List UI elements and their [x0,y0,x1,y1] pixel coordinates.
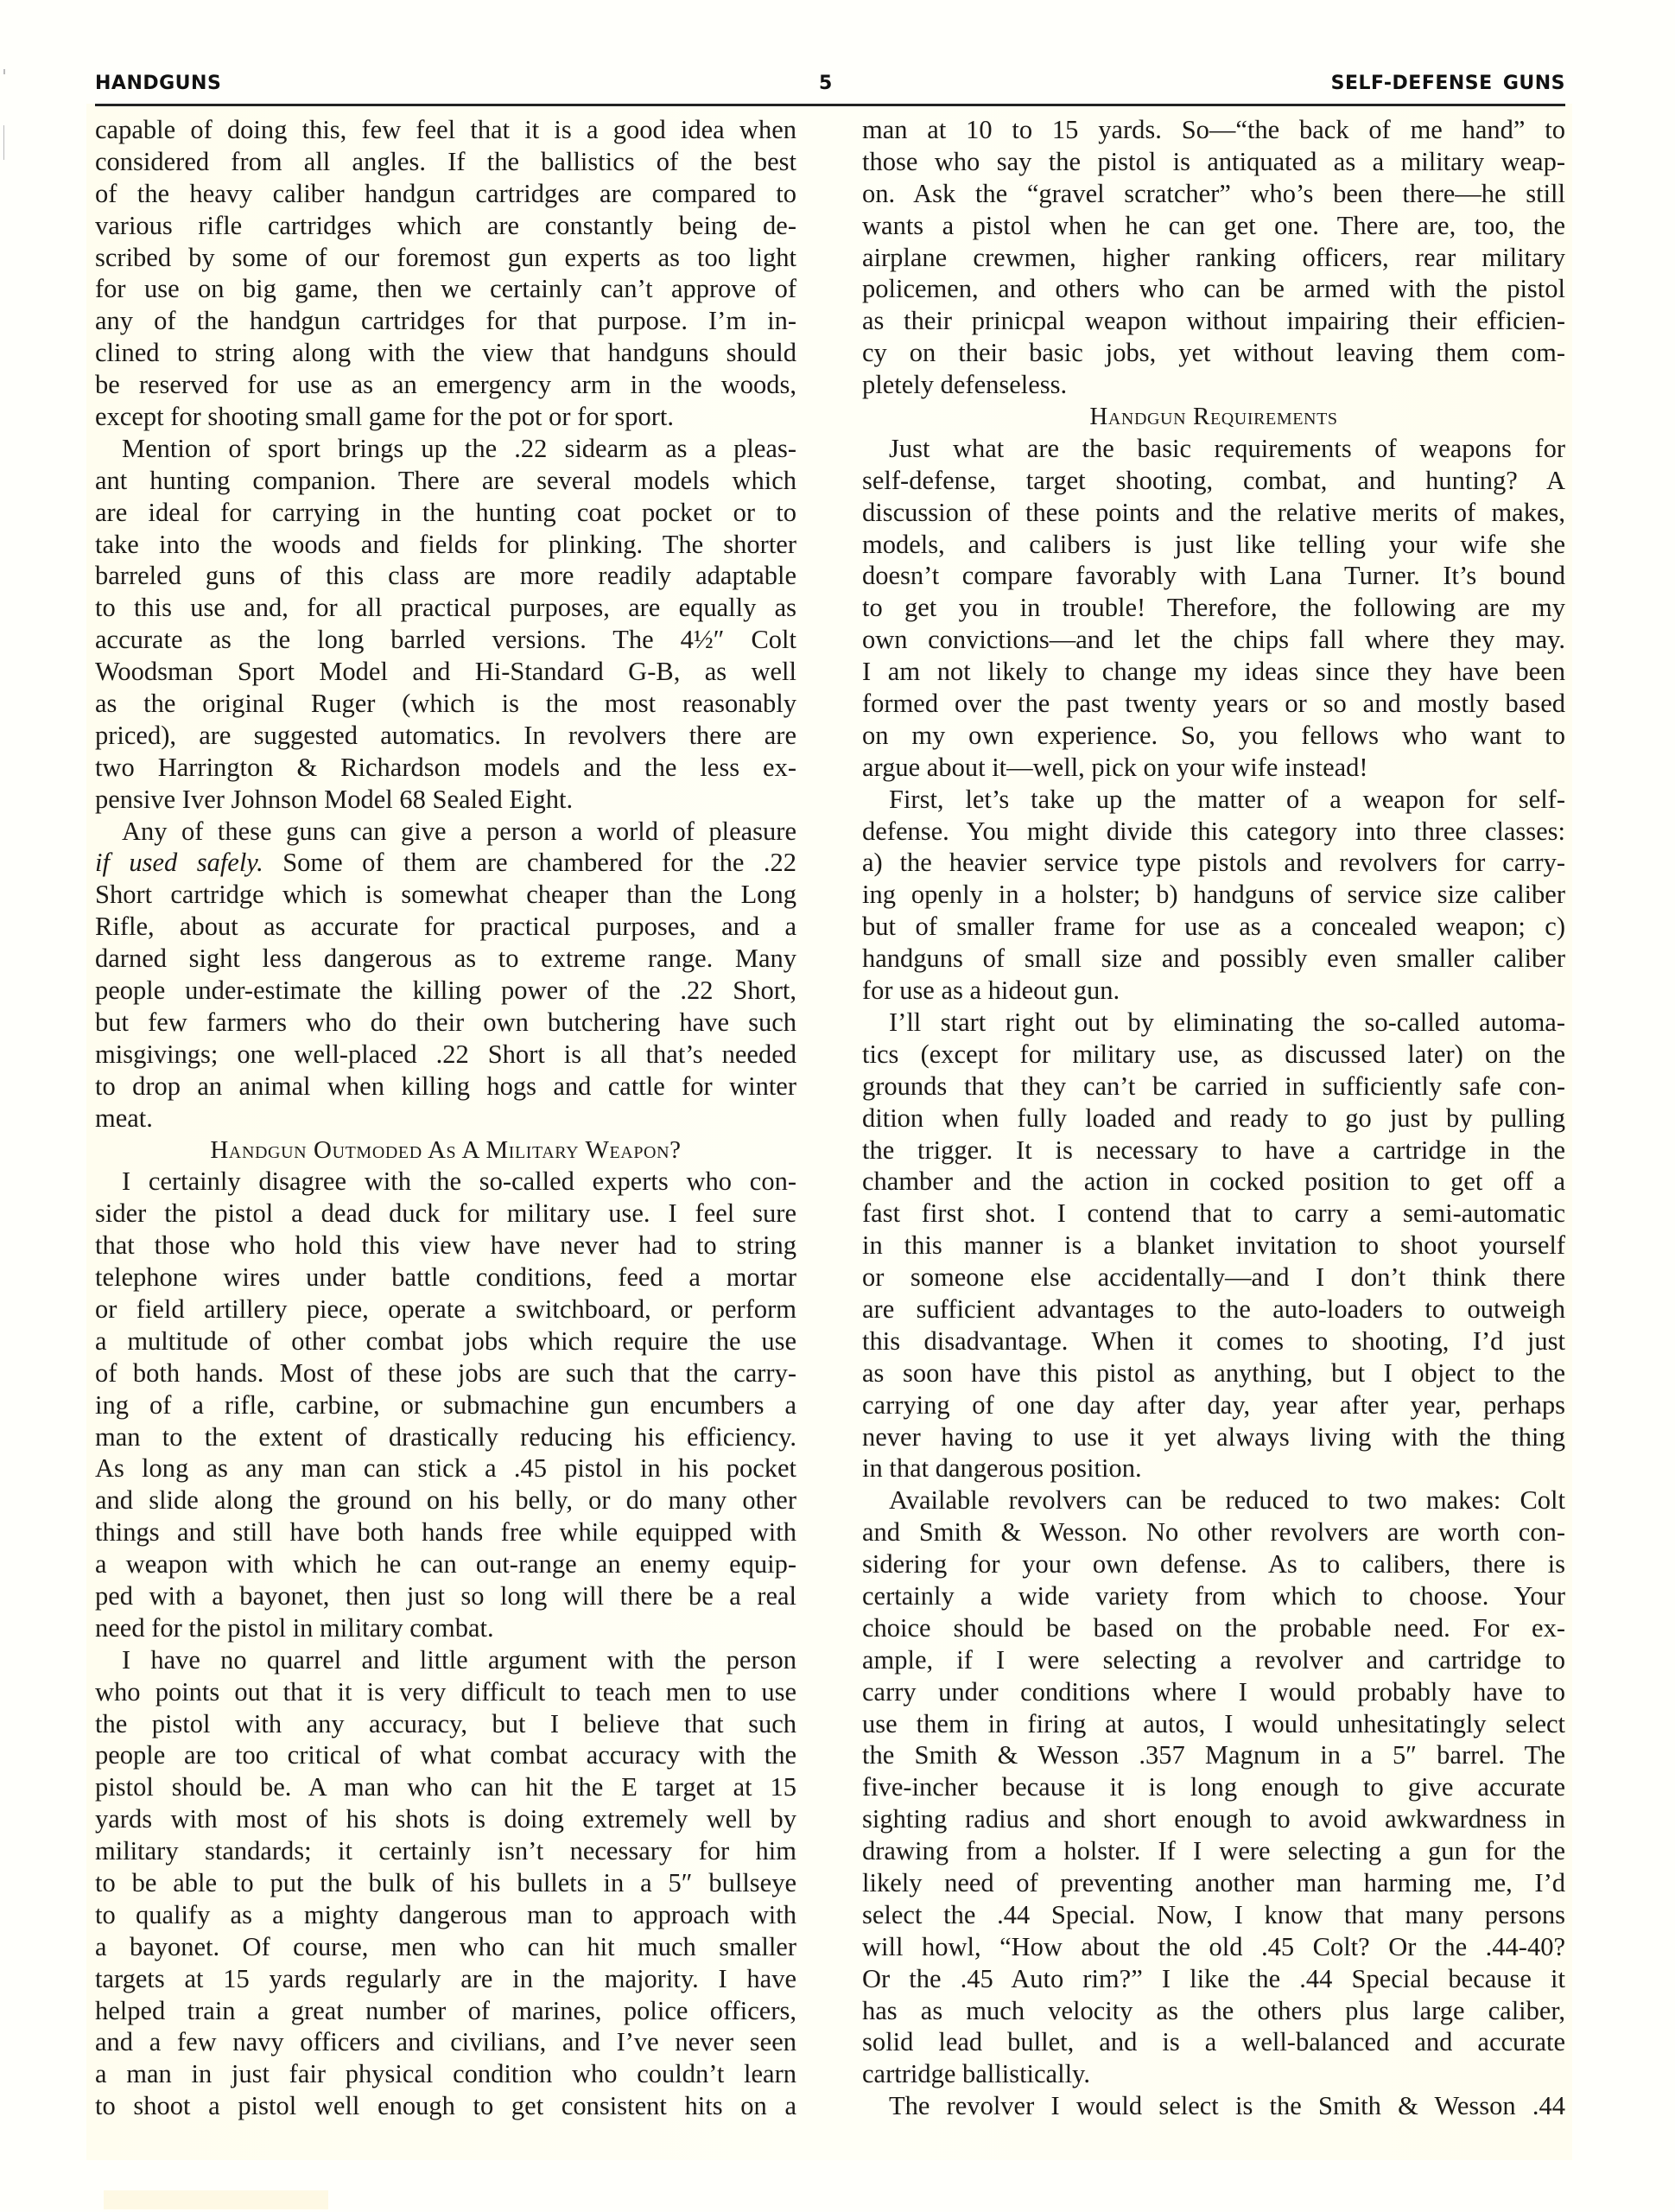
text-line: Woodsman Sport Model and Hi-Standard G-B… [95,656,796,688]
text-line: Rifle, about as accurate for practical p… [95,911,796,943]
text-line: meat. [95,1103,796,1135]
scan-edge-mark [3,69,5,74]
text-line: any of the handgun cartridges for that p… [95,305,796,337]
text-line: take into the woods and fields for plink… [95,529,796,561]
text-line: man at 10 to 15 yards. So—“the back of m… [862,114,1565,146]
text-line: are ideal for carrying in the hunting co… [95,497,796,529]
text-line: tics (except for military use, as discus… [862,1039,1565,1071]
text-line: ant hunting companion. There are several… [95,465,796,497]
text-line: sighting radius and short enough to avoi… [862,1803,1565,1835]
text-line: and a few navy officers and civilians, a… [95,2026,796,2058]
text-line: self-defense, target shooting, combat, a… [862,465,1565,497]
text-line: in this manner is a blanket invitation t… [862,1230,1565,1262]
text-line: grounds that they can’t be carried in su… [862,1071,1565,1103]
text-line: barreled guns of this class are more rea… [95,560,796,592]
text-line: handguns of small size and possibly even… [862,943,1565,975]
text-line: a bayonet. Of course, men who can hit mu… [95,1931,796,1963]
text-line: I have no quarrel and little argument wi… [95,1644,796,1676]
text-line: and Smith & Wesson. No other revolvers a… [862,1516,1565,1548]
text-line: targets at 15 yards regularly are in the… [95,1963,796,1995]
text-line: to this use and, for all practical purpo… [95,592,796,624]
section-heading: Handgun Outmoded As A Military Weapon? [95,1135,796,1166]
text-line: people are too critical of what combat a… [95,1739,796,1771]
page-stain [104,2190,328,2209]
text-line: the trigger. It is necessary to have a c… [862,1135,1565,1166]
text-line: doesn’t compare favorably with Lana Turn… [862,560,1565,592]
text-line: to be able to put the bulk of his bullet… [95,1867,796,1899]
text-line: a multitude of other combat jobs which r… [95,1325,796,1357]
text-line: man to the extent of drastically reducin… [95,1421,796,1453]
left-column: capable of doing this, few feel that it … [95,114,796,2122]
text-line: sider the pistol a dead duck for militar… [95,1198,796,1230]
section-heading: Handgun Requirements [862,401,1565,433]
text-line: pistol should be. A man who can hit the … [95,1771,796,1803]
text-line: defense. You might divide this category … [862,816,1565,848]
text-line: own convictions—and let the chips fall w… [862,624,1565,656]
text-line: clined to string along with the view tha… [95,337,796,369]
text-line: Available revolvers can be reduced to tw… [862,1484,1565,1516]
page-number: 5 [819,73,833,94]
text-line: airplane crewmen, higher ranking officer… [862,242,1565,274]
text-line: a weapon with which he can out-range an … [95,1548,796,1580]
text-line: yards with most of his shots is doing ex… [95,1803,796,1835]
text-line: and slide along the ground on his belly,… [95,1484,796,1516]
text-line: cartridge ballistically. [862,2058,1565,2090]
text-line: five-incher because it is long enough to… [862,1771,1565,1803]
text-line: certainly a wide variety from which to c… [862,1580,1565,1612]
text-line: people under-estimate the killing power … [95,975,796,1007]
text-line: will howl, “How about the old .45 Colt? … [862,1931,1565,1963]
text-line: be reserved for use as an emergency arm … [95,369,796,401]
text-line: sidering for your own defense. As to cal… [862,1548,1565,1580]
text-line: models, and calibers is just like tellin… [862,529,1565,561]
text-line: pletely defenseless. [862,369,1565,401]
text-line: for use as a hideout gun. [862,975,1565,1007]
text-line: carrying of one day after day, year afte… [862,1389,1565,1421]
text-line: select the .44 Special. Now, I know that… [862,1899,1565,1931]
text-line: pensive Iver Johnson Model 68 Sealed Eig… [95,784,796,816]
text-line: but few farmers who do their own butcher… [95,1007,796,1039]
text-line: ped with a bayonet, then just so long wi… [95,1580,796,1612]
text-line: chamber and the action in cocked positio… [862,1166,1565,1198]
text-line: as soon have this pistol as anything, bu… [862,1357,1565,1389]
text-line: ample, if I were selecting a revolver an… [862,1644,1565,1676]
text-line: need for the pistol in military combat. [95,1612,796,1644]
text-line: or field artillery piece, operate a swit… [95,1294,796,1325]
text-line: ing of a rifle, carbine, or submachine g… [95,1389,796,1421]
text-line: First, let’s take up the matter of a wea… [862,784,1565,816]
text-line: helped train a great number of marines, … [95,1995,796,2027]
text-line: Any of these guns can give a person a wo… [95,816,796,848]
text-line: to shoot a pistol well enough to get con… [95,2090,796,2122]
text-line: except for shooting small game for the p… [95,401,796,433]
text-line: to get you in trouble! Therefore, the fo… [862,592,1565,624]
text-line: fast first shot. I contend that to carry… [862,1198,1565,1230]
text-line: who points out that it is very difficult… [95,1676,796,1708]
text-line: has as much velocity as the others plus … [862,1995,1565,2027]
right-column: man at 10 to 15 yards. So—“the back of m… [862,114,1565,2122]
text-line: on my own experience. So, you fellows wh… [862,720,1565,752]
text-line: ing openly in a holster; b) handguns of … [862,879,1565,911]
text-line: scribed by some of our foremost gun expe… [95,242,796,274]
text-line: telephone wires under battle conditions,… [95,1262,796,1294]
text-line: two Harrington & Richardson models and t… [95,752,796,784]
text-line: capable of doing this, few feel that it … [95,114,796,146]
text-line: priced), are suggested automatics. In re… [95,720,796,752]
text-line: never having to use it yet always living… [862,1421,1565,1453]
text-line: in that dangerous position. [862,1452,1565,1484]
text-line: that those who hold this view have never… [95,1230,796,1262]
text-line: argue about it—well, pick on your wife i… [862,752,1565,784]
text-line: carry under conditions where I would pro… [862,1676,1565,1708]
text-line: accurate as the long barrled versions. T… [95,624,796,656]
text-line: to qualify as a mighty dangerous man to … [95,1899,796,1931]
text-line: Mention of sport brings up the .22 sidea… [95,433,796,465]
text-line: Or the .45 Auto rim?” I like the .44 Spe… [862,1963,1565,1995]
text-line: this disadvantage. When it comes to shoo… [862,1325,1565,1357]
text-line: likely need of preventing another man ha… [862,1867,1565,1899]
text-line: I certainly disagree with the so-called … [95,1166,796,1198]
emphasis-text: if used safely. [95,848,263,877]
text-line: are sufficient advantages to the auto-lo… [862,1294,1565,1325]
text-line: formed over the past twenty years or so … [862,688,1565,720]
text-line: darned sight less dangerous as to extrem… [95,943,796,975]
text-line: dition when fully loaded and ready to go… [862,1103,1565,1135]
text-run: Some of them are chambered for the .22 [282,848,796,877]
text-line: considered from all angles. If the balli… [95,146,796,178]
text-line: misgivings; one well-placed .22 Short is… [95,1039,796,1071]
text-line: of both hands. Most of these jobs are su… [95,1357,796,1389]
text-line: on. Ask the “gravel scratcher” who’s bee… [862,178,1565,210]
text-line: as the original Ruger (which is the most… [95,688,796,720]
text-line: or someone else accidentally—and I don’t… [862,1262,1565,1294]
scan-edge-mark [3,125,4,160]
header-chapter-title: SELF-DEFENSE GUNS [1331,73,1565,94]
text-line: those who say the pistol is antiquated a… [862,146,1565,178]
text-line: The revolver I would select is the Smith… [862,2090,1565,2122]
text-line: the Smith & Wesson .357 Magnum in a 5″ b… [862,1739,1565,1771]
text-line: of the heavy caliber handgun cartridges … [95,178,796,210]
text-line: As long as any man can stick a .45 pisto… [95,1452,796,1484]
text-line: Just what are the basic requirements of … [862,433,1565,465]
text-line: wants a pistol when he can get one. Ther… [862,210,1565,242]
text-line: a) the heavier service type pistols and … [862,847,1565,879]
header-section-title: HANDGUNS [95,73,221,94]
text-line: the pistol with any accuracy, but I beli… [95,1708,796,1740]
text-line: as their prinicpal weapon without impair… [862,305,1565,337]
text-line: for use on big game, then we certainly c… [95,273,796,305]
text-line: discussion of these points and the relat… [862,497,1565,529]
text-line: but of smaller frame for use as a concea… [862,911,1565,943]
text-line: a man in just fair physical condition wh… [95,2058,796,2090]
text-line: policemen, and others who can be armed w… [862,273,1565,305]
text-line: if used safely. Some of them are chamber… [95,847,796,879]
text-line: various rifle cartridges which are const… [95,210,796,242]
text-line: military standards; it certainly isn’t n… [95,1835,796,1867]
running-header: HANDGUNS 5 SELF-DEFENSE GUNS [95,73,1565,99]
text-line: I am not likely to change my ideas since… [862,656,1565,688]
text-line: cy on their basic jobs, yet without leav… [862,337,1565,369]
text-line: solid lead bullet, and is a well-balance… [862,2026,1565,2058]
text-line: things and still have both hands free wh… [95,1516,796,1548]
text-line: use them in firing at autos, I would unh… [862,1708,1565,1740]
header-rule [95,104,1565,106]
text-line: I’ll start right out by eliminating the … [862,1007,1565,1039]
text-line: drawing from a holster. If I were select… [862,1835,1565,1867]
text-line: choice should be based on the probable n… [862,1612,1565,1644]
text-line: Short cartridge which is somewhat cheape… [95,879,796,911]
text-line: to drop an animal when killing hogs and … [95,1071,796,1103]
